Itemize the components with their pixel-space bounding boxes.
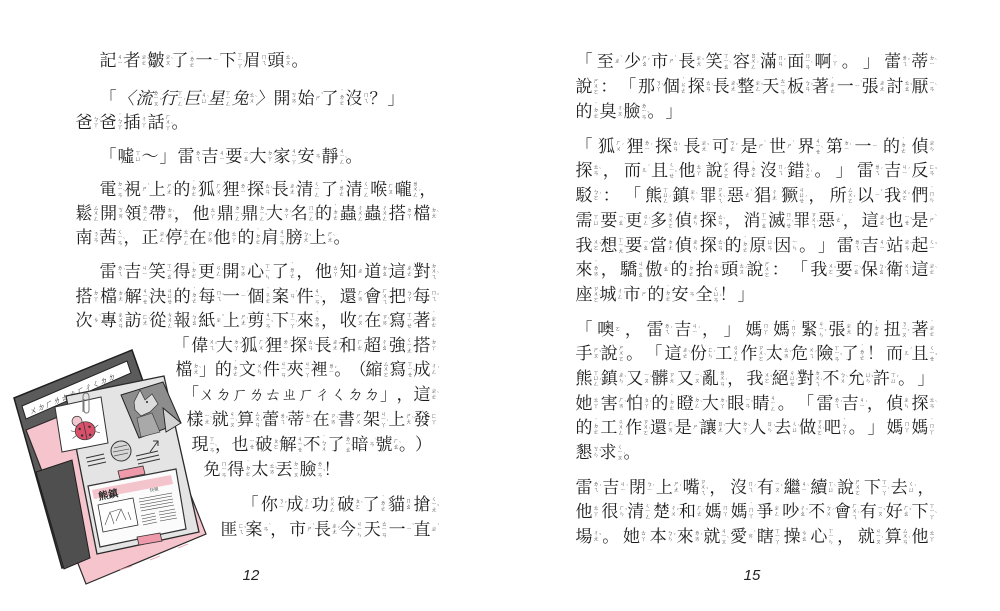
glyph: 書 <box>337 408 355 432</box>
tone-mark: ˊ <box>647 166 650 171</box>
zhuyin: ㄊㄢˋ <box>717 234 723 258</box>
zhuyin: ㄒㄧㄚˋ <box>881 476 887 500</box>
zhuyin-symbol: ㄧˊ <box>142 272 148 278</box>
annotated-character: 開ㄎㄞ <box>222 260 246 284</box>
zhuyin: ㄇㄠ <box>406 493 412 517</box>
annotated-character: 算ㄙㄨㄢˋ <box>884 525 908 549</box>
page-right: 「至ㄓˋ少ㄕㄠˇ市ㄕˋ長ㄓㄤˇ笑ㄒㄧㄠˋ容ㄖㄨㄥˊ滿ㄇㄢˇ面ㄇㄧㄢˋ啊˙ㄚ。」蕾… <box>500 0 1000 611</box>
zhuyin-symbol: ㄣ <box>356 533 362 539</box>
glyph: 工 <box>715 342 733 366</box>
annotated-character: 探ㄊㄢˋ <box>699 209 723 233</box>
annotated-character: 本ㄅㄣˇ <box>649 525 673 549</box>
zhuyin: ㄒㄧㄠˋ <box>166 260 172 284</box>
zhuyin: ㄕㄤˋ <box>240 309 246 333</box>
annotated-character: 手ㄕㄡˇ <box>575 342 599 366</box>
zhuyin: ㄅㄠˋ <box>191 309 197 333</box>
zhuyin-symbol: ㄢˋ <box>265 190 271 196</box>
annotated-character: 所ㄙㄨㄛˇ <box>829 184 853 208</box>
glyph: 作 <box>625 416 643 440</box>
zhuyin-symbol: ㄓˊ <box>431 527 437 533</box>
zhuyin-symbol: ㄕˋ <box>307 527 313 533</box>
annotated-character: 大ㄉㄚˋ <box>266 202 290 226</box>
zhuyin-symbol: ㄥˊ <box>412 193 418 199</box>
glyph: 下 <box>911 500 929 524</box>
zhuyin: ˙ㄇㄚ <box>791 318 797 342</box>
zhuyin: ˙ㄇㄚ <box>748 500 754 524</box>
zhuyin: ㄐㄧㄝˇ <box>142 285 148 309</box>
zhuyin-symbol: ㄚˋ <box>742 428 748 434</box>
annotated-character: 討ㄊㄠˇ <box>886 75 910 99</box>
tone-mark: ˋ <box>437 212 440 217</box>
punctuation: ： <box>602 184 620 208</box>
glyph: 爸 <box>75 111 93 135</box>
glyph: 瞪 <box>676 392 694 416</box>
tone-mark: ˋ <box>696 194 699 199</box>
tone-mark: ˊ <box>670 328 673 333</box>
zhuyin: ㄕㄤˋ <box>673 476 679 500</box>
glyph: 「 <box>172 334 190 358</box>
zhuyin-symbol: ㄟˋ <box>382 300 388 306</box>
punctuation: 「 <box>623 184 641 208</box>
annotated-character: 探ㄊㄢˋ <box>699 234 723 258</box>
glyph: 鼎 <box>241 202 259 226</box>
glyph: 。 <box>345 145 363 169</box>
annotated-character: 沒ㄇㄟˊ <box>730 476 754 500</box>
zhuyin: ˙ㄌㄜ <box>289 260 295 284</box>
glyph: 「 <box>791 258 809 282</box>
zhuyin-symbol: ㄧ <box>872 144 878 150</box>
annotated-character: 世ㄕˋ <box>769 135 793 159</box>
glyph: 做 <box>799 416 817 440</box>
glyph: 閉 <box>629 476 647 500</box>
zhuyin-symbol: ㄜ <box>669 406 675 412</box>
glyph: 吵 <box>782 500 800 524</box>
zhuyin-symbol: ㄦˊ <box>904 351 910 357</box>
annotated-character: 始ㄕˇ <box>297 87 321 111</box>
glyph: 名 <box>290 202 308 226</box>
glyph: 錯 <box>787 159 805 183</box>
zhuyin: ㄒㄧㄣ <box>828 525 834 549</box>
glyph: 直 <box>413 518 431 542</box>
zhuyin: ㄓㄣˋ <box>690 184 696 208</box>
annotated-character: 件ㄐㄧㄢˋ <box>262 358 286 382</box>
glyph: 在 <box>189 226 207 250</box>
zhuyin-symbol: ㄝˊ <box>789 382 795 388</box>
zhuyin: ㄌㄟˇ <box>280 408 286 432</box>
annotated-character: 爸ㄅㄚˋ <box>75 111 99 135</box>
glyph: 說 <box>705 159 723 183</box>
zhuyin: ㄓㄥˇ <box>755 75 761 99</box>
text-line: 「至ㄓˋ少ㄕㄠˇ市ㄕˋ長ㄓㄤˇ笑ㄒㄧㄠˋ容ㄖㄨㄥˊ滿ㄇㄢˇ面ㄇㄧㄢˋ啊˙ㄚ。」蕾… <box>575 50 935 74</box>
annotated-character: 面ㄇㄧㄢˋ <box>787 50 811 74</box>
glyph: 吉 <box>602 476 620 500</box>
zhuyin-symbol: ㄥˊ <box>750 65 756 71</box>
left-page-text: 記ㄐㄧˋ者ㄓㄜˇ皺ㄓㄡˋ了˙ㄌㄜ一ㄧˊ下ㄒㄧㄚˋ眉ㄇㄟˊ頭ㄊㄡˊ。「〈流ㄌㄧㄡˊ… <box>0 0 500 611</box>
glyph: 「 <box>623 184 641 208</box>
zhuyin: ㄔㄨㄥˊ <box>382 202 388 226</box>
zhuyin-symbol: ㄥˋ <box>643 221 649 227</box>
glyph: 滅 <box>768 209 786 233</box>
zhuyin: ㄓㄤˇ <box>730 75 736 99</box>
glyph: 驕 <box>620 258 638 282</box>
zhuyin: ㄇㄚ <box>763 318 769 342</box>
glyph: 蒂 <box>911 50 929 74</box>
glyph: 他 <box>575 500 593 524</box>
annotated-character: 在ㄗㄞˋ <box>312 408 336 432</box>
zhuyin: ㄉㄚˋ <box>719 392 725 416</box>
zhuyin: ㄩㄢˊ <box>767 234 773 258</box>
annotated-character: 吉ㄐㄧˊ <box>201 145 225 169</box>
annotated-character: 髒ㄗㄤ <box>651 367 675 391</box>
glyph: 他 <box>678 159 696 183</box>
glyph: 眉 <box>243 49 261 73</box>
zhuyin: ㄉㄚ <box>406 202 412 226</box>
glyph: 每 <box>413 285 431 309</box>
glyph: 一 <box>222 285 240 309</box>
glyph: 有 <box>859 500 877 524</box>
glyph: ㄏ <box>298 383 315 407</box>
zhuyin-symbol: ㄚ <box>332 272 338 278</box>
zhuyin: ㄐㄧㄡˋ <box>875 525 881 549</box>
punctuation: 。 <box>814 159 832 183</box>
glyph: 讓 <box>699 416 717 440</box>
zhuyin-symbol: ㄢˋ <box>717 221 723 227</box>
tone-mark: ˇ <box>647 60 650 65</box>
glyph: 流 <box>135 87 153 111</box>
glyph: 所 <box>829 184 847 208</box>
zhuyin: ㄊㄚ <box>696 159 702 183</box>
zhuyin-symbol: ㄜ <box>688 272 694 278</box>
zhuyin: ˙ㄌㄞ <box>593 258 599 282</box>
zhuyin-symbol: ㄜˇ <box>730 147 736 153</box>
glyph: 〈 <box>117 87 135 111</box>
glyph: 第 <box>826 135 844 159</box>
glyph: 頭 <box>721 258 739 282</box>
glyph: 要 <box>835 258 853 282</box>
glyph: 者 <box>123 49 141 73</box>
zhuyin: ㄘˋ <box>93 309 99 333</box>
zhuyin: ㄓㄨㄢ <box>118 309 124 333</box>
tone-mark: ˋ <box>811 172 814 177</box>
glyph: 兔 <box>231 87 249 111</box>
zhuyin-symbol: ㄜˋ <box>744 193 750 199</box>
glyph: 笑 <box>148 260 166 284</box>
zhuyin-symbol: ㄤˊ <box>406 349 412 355</box>
glyph: 吉 <box>201 145 219 169</box>
tone-mark: ˋ <box>437 273 440 278</box>
annotated-character: 超ㄔㄠ <box>364 334 388 358</box>
annotated-character: 得˙ㄉㄜ <box>227 458 251 482</box>
annotated-character: 每ㄇㄟˇ <box>413 285 437 309</box>
annotated-character: 搭ㄉㄚ <box>388 202 412 226</box>
zhuyin-symbol: ㄡˇ <box>877 512 883 518</box>
glyph: 許 <box>872 367 890 391</box>
glyph: 狐 <box>197 178 215 202</box>
glyph: 容 <box>732 50 750 74</box>
punctuation: ， <box>842 209 860 233</box>
zhuyin-symbol: ㄟˋ <box>815 382 821 388</box>
annotated-character: 次ㄘˋ <box>75 309 99 333</box>
zhuyin: ㄌㄟˊ <box>117 260 123 284</box>
annotated-character: 案ㄢˋ <box>245 518 269 542</box>
zhuyin-symbol: ㄥˊ <box>431 370 437 376</box>
annotated-character: 每ㄇㄟˇ <box>198 285 222 309</box>
annotated-character: 插ㄔㄚ <box>123 111 147 135</box>
punctuation: 」 <box>380 383 397 407</box>
annotated-character: 剪ㄐㄧㄢˇ <box>247 309 271 333</box>
zhuyin: ㄙㄨㄥ <box>93 202 99 226</box>
tone-mark: ˇ <box>935 169 938 174</box>
punctuation: ～ <box>141 145 159 169</box>
annotated-character: 樣ㄧㄤˋ <box>186 408 210 432</box>
annotated-character: 吉ㄐㄧˊ <box>884 159 908 183</box>
zhuyin-symbol: ㄜˋ <box>682 354 688 360</box>
glyph: 吧 <box>823 416 841 440</box>
zhuyin: ㄐㄧˊ <box>620 476 626 500</box>
glyph: 紙 <box>198 309 216 333</box>
zhuyin: ㄇㄧㄢˋ <box>805 50 811 74</box>
glyph: 懇 <box>575 441 593 465</box>
zhuyin: ˙ㄓㄜ <box>829 75 835 99</box>
glyph: ， <box>808 184 826 208</box>
glyph: 厭 <box>911 75 929 99</box>
annotated-character: 整ㄓㄥˇ <box>737 75 761 99</box>
glyph: 「 <box>619 75 637 99</box>
zhuyin-symbol: ㄩˋ <box>908 488 914 494</box>
zhuyin-symbol: ㄥ <box>774 512 780 518</box>
glyph: 膀 <box>285 226 303 250</box>
zhuyin: ˙ㄌㄜ <box>859 342 865 366</box>
zhuyin: ㄌㄧˊ <box>240 178 246 202</box>
annotated-character: 的˙ㄉㄜ <box>883 135 907 159</box>
glyph: ， <box>173 202 191 226</box>
annotated-character: 不ㄅㄨˋ <box>822 367 846 391</box>
zhuyin-symbol: ㄚˋ <box>719 404 725 410</box>
zhuyin: ㄨㄟˊ <box>809 342 815 366</box>
zhuyin: ㄐㄧˊ <box>692 318 698 342</box>
zhuyin-symbol: ㄧˋ <box>406 527 412 533</box>
glyph: 偵 <box>674 209 692 233</box>
zhuyin-symbol: ㄛ <box>615 327 621 333</box>
glyph: 吉 <box>841 392 859 416</box>
annotated-character: 狸ㄌㄧˊ <box>222 178 246 202</box>
zhuyin: ˙ㄉㄜ <box>191 285 197 309</box>
zhuyin: ㄍㄨㄥ <box>733 342 739 366</box>
zhuyin-symbol: ㄝˇ <box>929 357 935 363</box>
zhuyin: ㄐㄧˊ <box>902 159 908 183</box>
zhuyin: ㄕˋ <box>307 518 313 542</box>
zhuyin-symbol: ㄟˋ <box>717 199 723 205</box>
zhuyin: ˙ㄍㄜ <box>265 285 271 309</box>
annotated-character: 狐ㄏㄨˊ <box>197 178 221 202</box>
zhuyin-symbol: ㄡˋ <box>694 379 700 385</box>
annotated-character: 好ㄏㄠˇ <box>885 500 909 524</box>
zhuyin-symbol: ㄢˋ <box>117 193 123 199</box>
zhuyin: ㄕㄤˋ <box>406 408 412 432</box>
glyph: 檔 <box>413 202 431 226</box>
glyph: 至 <box>596 50 614 74</box>
glyph: 探 <box>575 159 593 183</box>
annotated-character: 一ㄧˊ <box>195 49 219 73</box>
zhuyin-symbol: ㄧˊ <box>283 346 289 352</box>
annotated-character: 的˙ㄉㄜ <box>647 283 671 307</box>
text-line: 電ㄉㄧㄢˋ視ㄕˋ上ㄕㄤˋ的˙ㄉㄜ狐ㄏㄨˊ狸ㄌㄧˊ探ㄊㄢˋ長ㄓㄤˇ清ㄑㄧㄥ了˙ㄌㄜ… <box>99 178 437 202</box>
tone-mark: ˇ <box>935 355 938 360</box>
glyph: 眼 <box>727 392 745 416</box>
glyph: 寫 <box>388 309 406 333</box>
glyph: 案 <box>272 285 290 309</box>
zhuyin-symbol: ㄜ <box>593 430 599 436</box>
glyph: 頭 <box>267 49 285 73</box>
annotated-character: 雷ㄌㄟˊ <box>646 318 670 342</box>
zhuyin: ㄌㄨㄥˊ <box>412 178 418 202</box>
glyph: 一 <box>836 75 854 99</box>
annotated-character: 紙ㄓˇ <box>198 309 222 333</box>
zhuyin-symbol: ㄠˋ <box>663 267 669 273</box>
glyph: 他 <box>911 525 929 549</box>
glyph: 罪 <box>699 184 717 208</box>
zhuyin: ㄧㄡˇ <box>774 476 780 500</box>
annotated-character: 人ㄖㄣˊ <box>749 416 773 440</box>
annotated-character: 上ㄕㄤˋ <box>148 178 172 202</box>
zhuyin-symbol: ㄕˋ <box>669 59 675 65</box>
annotated-character: 媽ㄇㄚ <box>745 318 769 342</box>
glyph: 不 <box>303 433 321 457</box>
glyph: 每 <box>198 285 216 309</box>
annotated-character: 獗ㄐㄩㄝˊ <box>781 184 805 208</box>
glyph: ㄉ <box>364 383 381 407</box>
punctuation: 」 <box>917 367 935 391</box>
annotated-character: 鎮ㄓㄣˋ <box>600 367 624 391</box>
glyph: 裡 <box>310 358 328 382</box>
annotated-character: 安ㄢ <box>297 145 321 169</box>
zhuyin-symbol: ㄛˇ <box>828 270 834 276</box>
zhuyin-symbol: ㄜˋ <box>879 221 885 227</box>
glyph: 開 <box>222 260 240 284</box>
punctuation: 。 <box>848 416 866 440</box>
zhuyin: ㄌㄟˇ <box>902 50 908 74</box>
tone-mark: ˋ <box>935 268 938 273</box>
zhuyin: ㄋㄧㄡˇ <box>901 318 907 342</box>
annotated-character: 這ㄓㄜˋ <box>388 260 412 284</box>
zhuyin: ㄓㄣˋ <box>618 367 624 391</box>
glyph: 得 <box>732 159 750 183</box>
annotated-character: 頭ㄊㄡˊ <box>721 258 745 282</box>
glyph: 且 <box>651 159 669 183</box>
glyph: 號 <box>375 433 393 457</box>
punctuation: ， <box>701 318 719 342</box>
glyph: 了 <box>362 493 380 517</box>
zhuyin-symbol: ㄢˋ <box>717 246 723 252</box>
zhuyin-symbol: ㄣˋ <box>707 354 713 360</box>
annotated-character: 號ㄏㄠˋ <box>375 433 399 457</box>
zhuyin: ㄓㄤˇ <box>701 135 707 159</box>
glyph: 的 <box>214 358 232 382</box>
annotated-character: 是ㄕˋ <box>674 416 698 440</box>
zhuyin: ㄊㄚ <box>332 260 338 284</box>
zhuyin-symbol: ㄤˇ <box>332 346 338 352</box>
zhuyin-symbol: ㄞˊ <box>713 270 719 276</box>
zhuyin-symbol: ㄟˇ <box>238 530 244 536</box>
glyph: 和 <box>678 500 696 524</box>
zhuyin: ㄧㄝˇ <box>904 209 910 233</box>
zhuyin: ㄏㄨˊ <box>616 135 622 159</box>
zhuyin-symbol: ㄚ <box>841 430 847 436</box>
annotated-character: 文ㄨㄣˊ <box>238 358 262 382</box>
zhuyin-symbol: ㄟˊ <box>664 330 670 336</box>
glyph: 的 <box>883 135 901 159</box>
zhuyin: ㄊㄚ <box>593 500 599 524</box>
annotated-character: 了˙ㄌㄜ <box>841 342 865 366</box>
zhuyin: ㄍㄥˋ <box>215 260 221 284</box>
zhuyin-symbol: ㄣˋ <box>690 196 696 202</box>
zhuyin: ㄈㄟˇ <box>238 518 244 542</box>
zhuyin: ㄕㄡ <box>357 309 363 333</box>
text-line: 手ㄕㄡˇ說ㄕㄨㄛ。「這ㄓㄜˋ份ㄈㄣˋ工ㄍㄨㄥ作ㄗㄨㄛˋ太ㄊㄞˋ危ㄨㄟˊ險ㄒㄧㄢˇ… <box>575 342 935 366</box>
zhuyin: ㄇㄧㄥˊ <box>308 202 314 226</box>
punctuation: 「 <box>619 75 637 99</box>
zhuyin: ㄘㄨㄥˊ <box>167 309 173 333</box>
glyph: 狐 <box>240 334 258 358</box>
annotated-character: 了˙ㄌㄜ <box>321 87 345 111</box>
annotated-character: 熊ㄒㄩㄥˊ <box>575 367 599 391</box>
annotated-character: 領ㄌㄧㄥˇ <box>124 202 148 226</box>
glyph: 」 <box>817 234 835 258</box>
annotated-character: 和ㄏㄜˊ <box>339 334 363 358</box>
zhuyin: ㄇㄟˊ <box>748 476 754 500</box>
glyph: 噓 <box>117 145 135 169</box>
zhuyin-symbol: ㄤˋ <box>431 214 437 220</box>
zhuyin-symbol: ㄤˇ <box>142 321 148 327</box>
glyph: 縮 <box>365 358 383 382</box>
zhuyin: ㄜˋ <box>835 209 841 233</box>
zhuyin-symbol: ㄚ <box>641 537 647 543</box>
glyph: ！ <box>866 342 884 366</box>
text-line: 懇ㄎㄣˇ求ㄑㄧㄡˊ。 <box>575 441 641 465</box>
glyph: 清 <box>345 178 363 202</box>
annotated-character: 全ㄑㄩㄢˊ <box>695 283 719 307</box>
zhuyin: ㄑㄩˋ <box>792 416 798 440</box>
glyph: 現 <box>191 433 209 457</box>
glyph: 狸 <box>265 334 283 358</box>
annotated-character: 原ㄩㄢˊ <box>749 234 773 258</box>
zhuyin: ㄙㄨㄛˇ <box>847 184 853 208</box>
glyph: ， <box>917 476 935 500</box>
glyph: 探 <box>911 392 929 416</box>
zhuyin: ㄢˋ <box>263 518 269 542</box>
glyph: ， <box>709 476 727 500</box>
zhuyin-symbol: ㄨˋ <box>840 379 846 385</box>
annotated-character: 對ㄉㄨㄟˋ <box>797 367 821 391</box>
glyph: ） <box>415 433 431 457</box>
glyph: 張 <box>828 318 846 342</box>
glyph: 把 <box>388 285 406 309</box>
annotated-character: 繼ㄐㄧˋ <box>783 476 807 500</box>
annotated-character: 容ㄖㄨㄥˊ <box>732 50 756 74</box>
glyph: 長 <box>712 75 730 99</box>
annotated-character: 媽ㄇㄚ <box>704 500 728 524</box>
annotated-character: 皺ㄓㄡˋ <box>147 49 171 73</box>
glyph: 搭 <box>413 334 431 358</box>
glyph: 了 <box>841 342 859 366</box>
annotated-character: 吉ㄐㄧˊ <box>841 392 865 416</box>
annotated-character: 下ㄒㄧㄚˋ <box>911 500 935 524</box>
annotated-character: 在ㄗㄞˋ <box>189 226 213 250</box>
annotated-character: 瞪ㄉㄥˋ <box>676 392 700 416</box>
zhuyin-symbol: ㄣ <box>828 540 834 546</box>
zhuyin-symbol: ㄢˋ <box>929 87 935 93</box>
annotated-character: 帶ㄉㄞˋ <box>149 202 173 226</box>
